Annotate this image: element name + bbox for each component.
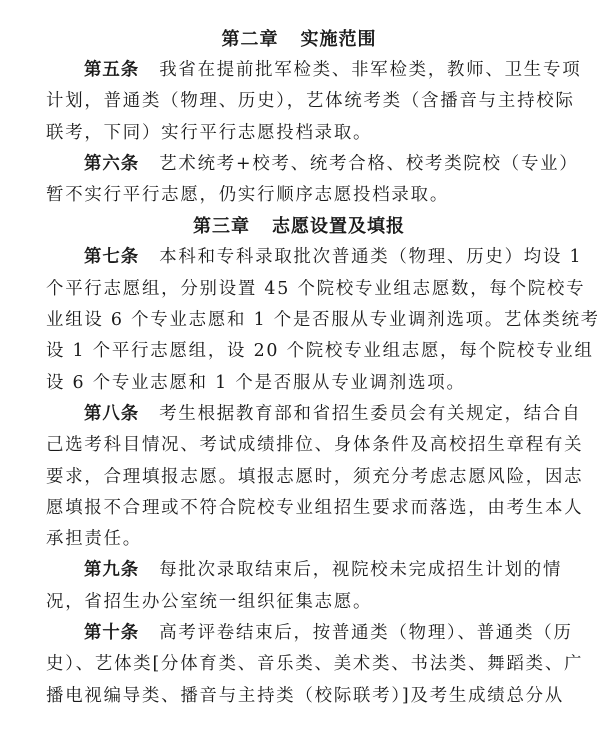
chapter-title: 志愿设置及填报 — [272, 216, 405, 237]
article-text: 我省在提前批军检类、非军检类，教师、卫生专项 — [159, 60, 581, 80]
article-label: 第十条 — [84, 623, 139, 643]
chapter-label: 第二章 — [222, 29, 279, 50]
article-text: 要求，合理填报志愿。填报志愿时，须充分考虑志愿风险，因志 — [46, 462, 552, 493]
article-9: 第九条每批次录取结束后，视院校未完成招生计划的情 况，省招生办公室统一组织征集志… — [46, 555, 552, 618]
article-label: 第八条 — [84, 404, 139, 424]
chapter-title: 实施范围 — [301, 29, 377, 50]
article-text: 况，省招生办公室统一组织征集志愿。 — [46, 587, 552, 618]
article-text: 暂不实行平行志愿，仍实行顺序志愿投档录取。 — [46, 180, 552, 211]
document-page: 第二章实施范围 第五条我省在提前批军检类、非军检类，教师、卫生专项 计划，普通类… — [46, 24, 552, 712]
article-text: 高考评卷结束后，按普通类（物理）、普通类（历 — [159, 623, 573, 643]
article-text: 愿填报不合理或不符合院校专业组招生要求而落选，由考生本人 — [46, 493, 552, 524]
article-text: 设 1 个平行志愿组，设 20 个院校专业组志愿，每个院校专业组 — [46, 336, 552, 367]
article-10: 第十条高考评卷结束后，按普通类（物理）、普通类（历 史）、艺体类[分体育类、音乐… — [46, 618, 552, 712]
article-label: 第六条 — [84, 154, 139, 174]
article-6: 第六条艺术统考+校考、统考合格、校考类院校（专业） 暂不实行平行志愿，仍实行顺序… — [46, 149, 552, 212]
article-text: 每批次录取结束后，视院校未完成招生计划的情 — [159, 560, 562, 580]
article-text: 计划，普通类（物理、历史），艺体统考类（含播音与主持校际 — [46, 86, 552, 117]
article-text: 己选考科目情况、考试成绩排位、身体条件及高校招生章程有关 — [46, 430, 552, 461]
article-text: 考生根据教育部和省招生委员会有关规定，结合自 — [159, 404, 581, 424]
chapter-heading-2: 第二章实施范围 — [46, 24, 552, 55]
article-text: 个平行志愿组，分别设置 45 个院校专业组志愿数，每个院校专 — [46, 274, 552, 305]
article-text: 业组设 6 个专业志愿和 1 个是否服从专业调剂选项。艺体类统考 — [46, 305, 552, 336]
article-text: 设 6 个专业志愿和 1 个是否服从专业调剂选项。 — [46, 368, 552, 399]
article-text: 承担责任。 — [46, 524, 552, 555]
article-text: 艺术统考+校考、统考合格、校考类院校（专业） — [159, 154, 578, 174]
article-text: 史）、艺体类[分体育类、音乐类、美术类、书法类、舞蹈类、广 — [46, 649, 552, 680]
article-text: 本科和专科录取批次普通类（物理、历史）均设 1 — [159, 247, 582, 267]
article-label: 第五条 — [84, 60, 139, 80]
article-text: 联考，下同）实行平行志愿投档录取。 — [46, 118, 552, 149]
chapter-heading-3: 第三章志愿设置及填报 — [46, 211, 552, 242]
article-label: 第七条 — [84, 247, 139, 267]
article-7: 第七条本科和专科录取批次普通类（物理、历史）均设 1 个平行志愿组，分别设置 4… — [46, 242, 552, 398]
article-label: 第九条 — [84, 560, 139, 580]
article-5: 第五条我省在提前批军检类、非军检类，教师、卫生专项 计划，普通类（物理、历史），… — [46, 55, 552, 149]
chapter-label: 第三章 — [193, 216, 250, 237]
article-8: 第八条考生根据教育部和省招生委员会有关规定，结合自 己选考科目情况、考试成绩排位… — [46, 399, 552, 555]
article-text: 播电视编导类、播音与主持类（校际联考）]及考生成绩总分从 — [46, 681, 552, 712]
